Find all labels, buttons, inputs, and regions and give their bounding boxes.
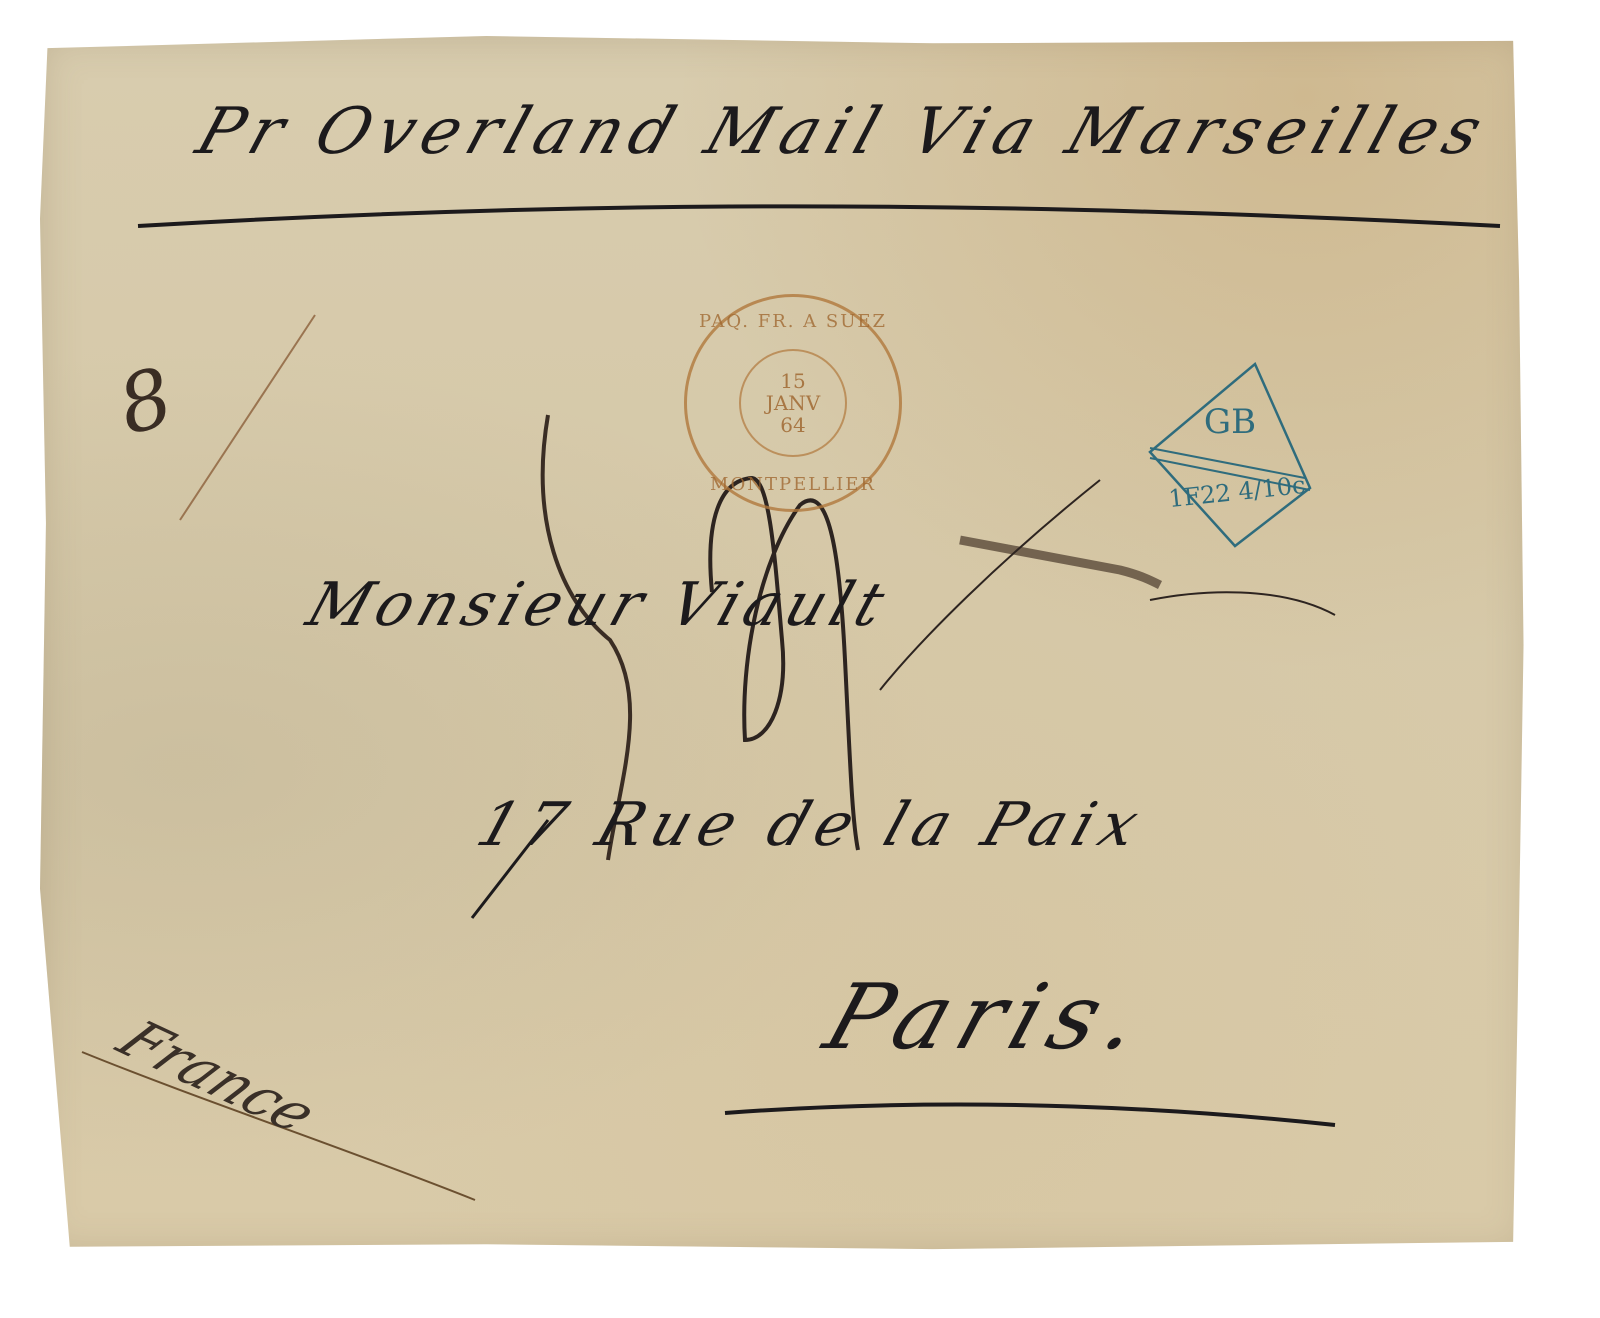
address-city: Paris. [813,965,1164,1070]
gb-accountancy-mark: GB 1F22 4/10c [1145,360,1315,550]
datestamp-year: 64 [780,414,805,436]
datestamp-day: 15 [780,370,805,392]
addressee-name: Monsieur Viault [299,570,899,640]
gb-mark-top: GB [1145,402,1315,442]
datestamp-month: JANV [766,392,820,414]
datestamp-ring-bottom: MONTPELLIER [687,474,899,495]
datestamp-ring-top: PAQ. FR. A SUEZ [687,311,899,332]
diamond-frame-icon [1145,360,1315,550]
address-street: 17 Rue de la Paix [469,790,1155,860]
routing-endorsement: Pr Overland Mail Via Marseilles [188,95,1498,169]
datestamp-postmark: PAQ. FR. A SUEZ 15 JANV 64 MONTPELLIER [684,294,902,512]
datestamp-date: 15 JANV 64 [739,349,847,457]
